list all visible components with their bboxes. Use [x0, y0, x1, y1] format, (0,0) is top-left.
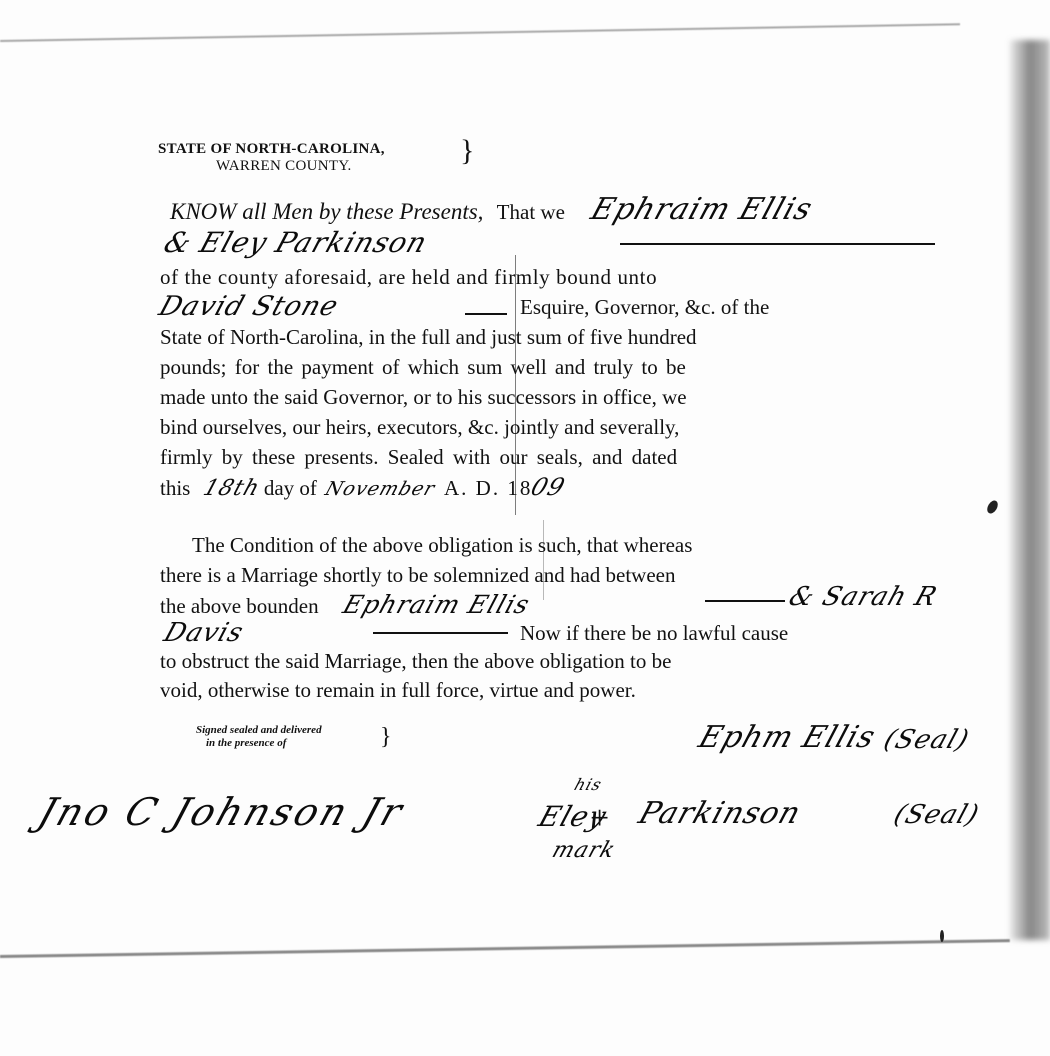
date-line: this 18th day of November A. D. 1809	[160, 472, 565, 504]
know-all-men-line: KNOW all Men by these Presents, That we …	[170, 195, 811, 227]
handwritten-bondsman1: Ephraim Ellis	[587, 195, 816, 225]
signed-sealed-delivered: Signed sealed and delivered	[196, 724, 322, 737]
para1-line3-rest: Esquire, Governor, &c. of the	[520, 292, 769, 322]
fill-in-rule	[620, 243, 935, 245]
document-heading: STATE OF NORTH-CAROLINA, WARREN COUNTY.	[158, 141, 385, 175]
heading-state: STATE OF NORTH-CAROLINA,	[158, 141, 385, 158]
para1-line4: State of North-Carolina, in the full and…	[160, 322, 697, 352]
para1-line7: bind ourselves, our heirs, executors, &c…	[160, 412, 679, 442]
governor-line: David Stone	[160, 292, 337, 323]
in-presence-of: in the presence of	[196, 737, 322, 750]
handwritten-month: November	[321, 474, 439, 504]
handwritten-year: 09	[527, 472, 569, 502]
that-we: That we	[497, 200, 565, 224]
witness-label: Signed sealed and delivered in the prese…	[196, 724, 322, 750]
para1-line2: of the county aforesaid, are held and fi…	[160, 262, 657, 292]
signature-parkinson: Parkinson	[640, 796, 800, 831]
right-edge-stain	[1010, 40, 1050, 940]
para1-line8: firmly by these presents. Sealed with ou…	[160, 442, 677, 472]
heading-county: WARREN COUNTY.	[158, 158, 385, 175]
paper-top-edge	[0, 7, 960, 42]
bride-part1: & Sarah R	[790, 582, 936, 613]
ink-blot	[940, 930, 944, 942]
fill-in-rule	[465, 313, 507, 315]
bride-part2: Davis	[165, 618, 243, 649]
handwritten-groom: Ephraim Ellis	[339, 590, 534, 620]
handwritten-bride-first: & Sarah R	[785, 582, 941, 612]
para2-line5: to obstruct the said Marriage, then the …	[160, 646, 671, 676]
seal-2: (Seal)	[895, 800, 978, 830]
ad-label: A. D. 18	[444, 476, 532, 500]
signature-ephraim-ellis: Ephm Ellis	[700, 720, 875, 755]
handwritten-day: 18th	[199, 474, 264, 504]
bondsman2-line: & Eley Parkinson	[165, 228, 426, 260]
para2-line6: void, otherwise to remain in full force,…	[160, 675, 636, 705]
fill-in-rule	[373, 632, 508, 634]
paper-bottom-edge	[0, 939, 1010, 968]
witness-signature: Jno C Johnson Jr	[40, 790, 403, 834]
groom-line: the above bounden Ephraim Ellis	[160, 590, 529, 621]
handwritten-bondsman2: & Eley Parkinson	[160, 228, 431, 258]
handwritten-governor: David Stone	[155, 292, 342, 322]
signature-his: his	[575, 775, 602, 795]
this-label: this	[160, 476, 190, 500]
ink-blot	[985, 499, 1000, 516]
para2-line1: The Condition of the above obligation is…	[192, 530, 692, 560]
heading-brace: }	[460, 136, 474, 166]
fill-in-rule	[705, 600, 785, 602]
signature-cross-mark: +	[590, 800, 609, 838]
para1-line5: pounds; for the payment of which sum wel…	[160, 352, 686, 382]
witness-brace: }	[380, 722, 392, 752]
signature-mark-label: mark	[553, 838, 615, 863]
para1-line6: made unto the said Governor, or to his s…	[160, 382, 687, 412]
seal-1: (Seal)	[885, 725, 968, 755]
above-bounden-label: the above bounden	[160, 594, 319, 618]
day-of-label: day of	[264, 476, 317, 500]
scanned-document-page: STATE OF NORTH-CAROLINA, WARREN COUNTY. …	[0, 0, 1050, 1056]
handwritten-bride-last: Davis	[160, 618, 247, 648]
para2-line2: there is a Marriage shortly to be solemn…	[160, 560, 675, 590]
para2-line4-rest: Now if there be no lawful cause	[520, 618, 788, 648]
opening-phrase: KNOW all Men by these Presents,	[170, 199, 483, 224]
